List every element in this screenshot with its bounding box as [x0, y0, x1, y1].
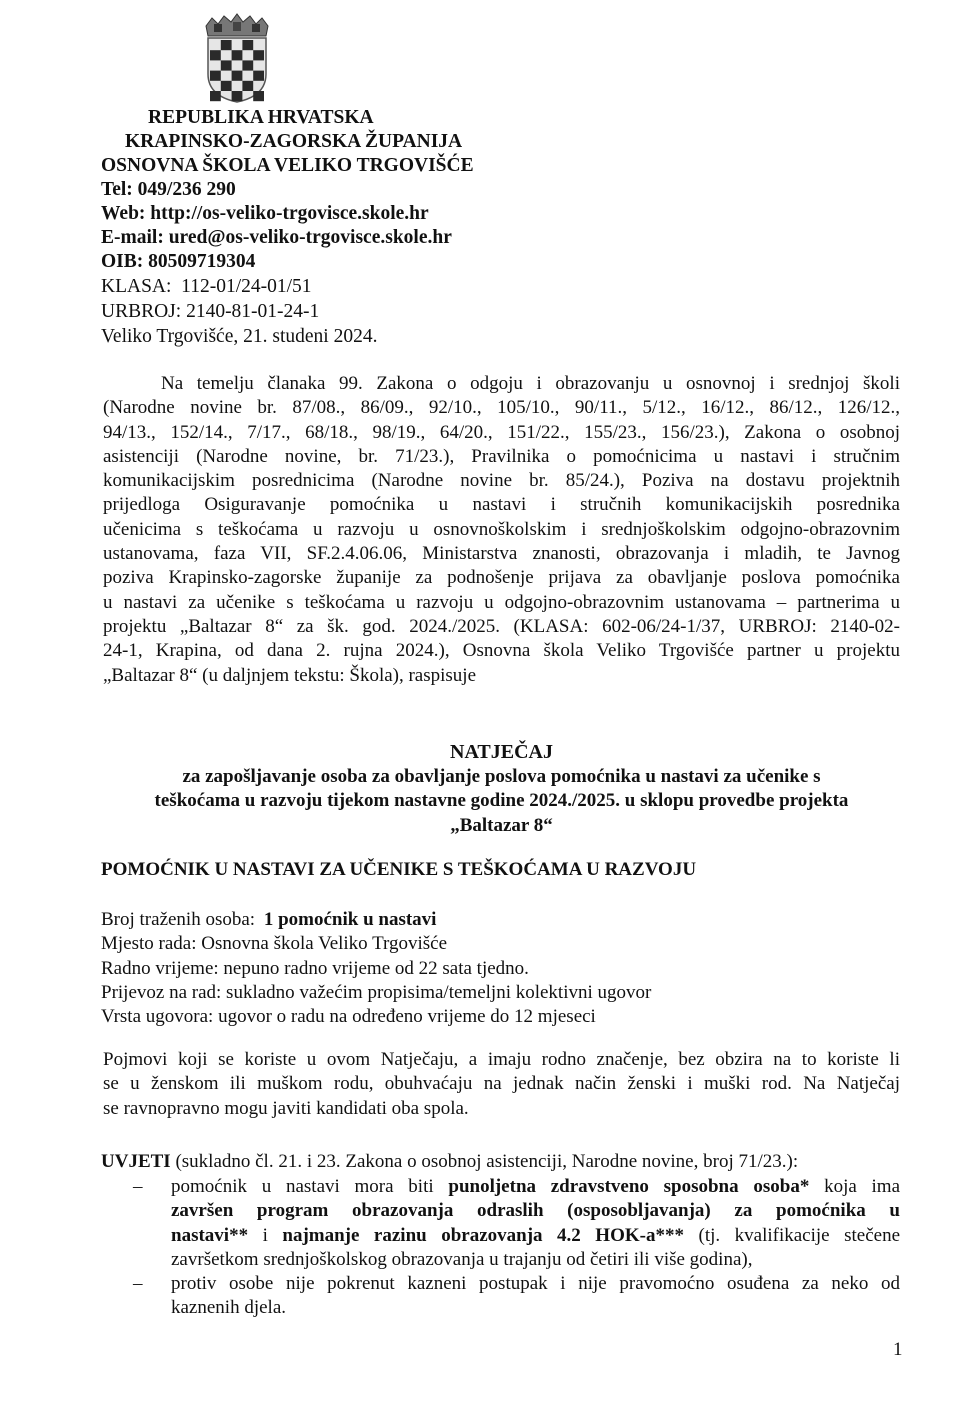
- natjecaj-subtitle-line1: za zapošljavanje osoba za obavljanje pos…: [103, 765, 900, 789]
- condition-1-line-3: nastavi** i najmanje razinu obrazovanja …: [171, 1224, 900, 1248]
- detail-value: Osnovna škola Veliko Trgovišće: [201, 933, 447, 954]
- intro-line: (Narodne novine br. 87/08., 86/09., 92/1…: [103, 396, 900, 420]
- header-tel: Tel: 049/236 290: [101, 178, 236, 202]
- gender-note-paragraph: Pojmovi koji se koriste u ovom Natječaju…: [103, 1048, 900, 1121]
- detail-value: 1 pomoćnik u nastavi: [264, 909, 437, 930]
- detail-label: Radno vrijeme:: [101, 958, 223, 979]
- detail-row: Prijevoz na rad: sukladno važećim propis…: [101, 981, 651, 1005]
- intro-line: ustanovama, faza VII, SF.2.4.06.06, Mini…: [103, 542, 900, 566]
- position-heading: POMOĆNIK U NASTAVI ZA UČENIKE S TEŠKOĆAM…: [101, 858, 696, 882]
- condition-1-line-4: završetkom srednjoškolskog obrazovanja u…: [171, 1248, 900, 1272]
- header-email: E-mail: ured@os-veliko-trgovisce.skole.h…: [101, 226, 452, 250]
- condition-1-line-2: završen program obrazovanja odraslih (os…: [171, 1199, 900, 1223]
- header-urbroj: URBROJ: 2140-81-01-24-1: [101, 300, 319, 324]
- gender-line: Pojmovi koji se koriste u ovom Natječaju…: [103, 1048, 900, 1072]
- detail-label: Broj traženih osoba:: [101, 909, 260, 930]
- page-number: 1: [893, 1339, 903, 1361]
- intro-line: poziva Krapinsko-zagorske županije za po…: [103, 566, 900, 590]
- gender-line: se ravnopravno mogu javiti kandidati oba…: [103, 1097, 900, 1121]
- detail-value: sukladno važećim propisima/temeljni kole…: [226, 982, 651, 1003]
- detail-row: Radno vrijeme: nepuno radno vrijeme od 2…: [101, 957, 651, 981]
- detail-row: Vrsta ugovora: ugovor o radu na određeno…: [101, 1005, 651, 1029]
- header-oib: OIB: 80509719304: [101, 250, 255, 274]
- document-page: REPUBLIKA HRVATSKA KRAPINSKO-ZAGORSKA ŽU…: [0, 0, 976, 1408]
- conditions-intro-text: (sukladno čl. 21. i 23. Zakona o osobnoj…: [171, 1151, 798, 1172]
- condition-2-line-1: protiv osobe nije pokrenut kazneni postu…: [171, 1272, 900, 1296]
- position-details: Broj traženih osoba: 1 pomoćnik u nastav…: [101, 908, 651, 1029]
- condition-1-line-1: pomoćnik u nastavi mora biti punoljetna …: [171, 1175, 900, 1199]
- gender-line: se u ženskom ili muškom rodu, obuhvaćaju…: [103, 1072, 900, 1096]
- intro-line: u nastavi za učenike s teškoćama u razvo…: [103, 591, 900, 615]
- conditions-intro: UVJETI (sukladno čl. 21. i 23. Zakona o …: [101, 1150, 798, 1174]
- intro-line: projektu „Baltazar 8“ za šk. god. 2024./…: [103, 615, 900, 639]
- detail-row: Broj traženih osoba: 1 pomoćnik u nastav…: [101, 908, 651, 932]
- intro-line: komunikacijskim posrednicima (Narodne no…: [103, 469, 900, 493]
- detail-value: nepuno radno vrijeme od 22 sata tjedno.: [223, 958, 529, 979]
- header-county: KRAPINSKO-ZAGORSKA ŽUPANIJA: [125, 130, 462, 154]
- detail-label: Prijevoz na rad:: [101, 982, 226, 1003]
- header-school: OSNOVNA ŠKOLA VELIKO TRGOVIŠĆE: [101, 154, 474, 178]
- intro-line: Na temelju članaka 99. Zakona o odgoju i…: [103, 372, 900, 396]
- intro-paragraph: Na temelju članaka 99. Zakona o odgoju i…: [103, 372, 900, 688]
- detail-label: Vrsta ugovora:: [101, 1006, 218, 1027]
- detail-row: Mjesto rada: Osnovna škola Veliko Trgovi…: [101, 932, 651, 956]
- header-klasa: KLASA: 112-01/24-01/51: [101, 275, 312, 299]
- natjecaj-heading: NATJEČAJ: [103, 740, 900, 764]
- intro-line: „Baltazar 8“ (u daljnjem tekstu: Škola),…: [103, 664, 900, 688]
- natjecaj-subtitle-line2: teškoćama u razvoju tijekom nastavne god…: [103, 789, 900, 813]
- intro-line: 94/13., 152/14., 7/17., 68/18., 98/19., …: [103, 421, 900, 445]
- intro-line: asistenciji (Narodne novine, br. 71/23.)…: [103, 445, 900, 469]
- intro-line: učenicima s teškoćama u razvoju u osnovn…: [103, 518, 900, 542]
- conditions-label: UVJETI: [101, 1151, 171, 1172]
- croatian-coat-of-arms-icon: [200, 12, 274, 104]
- condition-2-line-2: kaznenih djela.: [171, 1296, 900, 1320]
- header-web: Web: http://os-veliko-trgovisce.skole.hr: [101, 202, 429, 226]
- natjecaj-subtitle-line3: „Baltazar 8“: [103, 814, 900, 838]
- dash-bullet: –: [133, 1175, 143, 1199]
- dash-bullet: –: [133, 1272, 143, 1296]
- header-place-date: Veliko Trgovišće, 21. studeni 2024.: [101, 325, 377, 349]
- intro-line: 24-1, Krapina, od dana 2. rujna 2024.), …: [103, 639, 900, 663]
- header-country: REPUBLIKA HRVATSKA: [148, 106, 374, 130]
- detail-label: Mjesto rada:: [101, 933, 201, 954]
- intro-line: prijedloga Osiguravanje pomoćnika u nast…: [103, 493, 900, 517]
- detail-value: ugovor o radu na određeno vrijeme do 12 …: [218, 1006, 596, 1027]
